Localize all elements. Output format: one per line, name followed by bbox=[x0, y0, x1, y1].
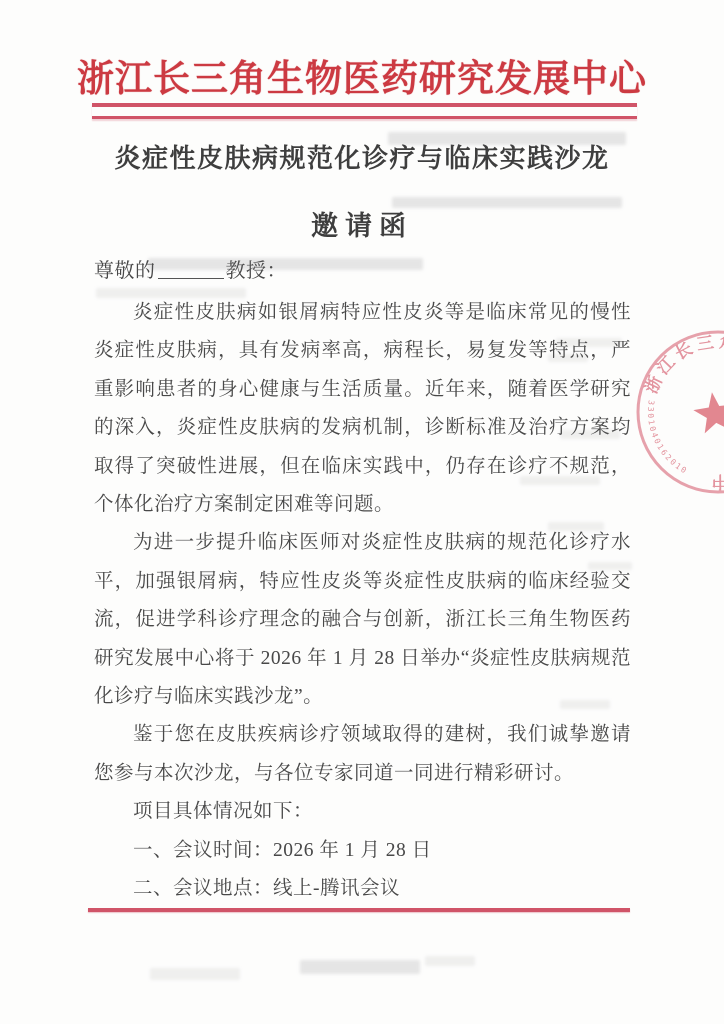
invitation-letter-page: 浙江长三角生物医药研究发展中心 炎症性皮肤病规范化诊疗与临床实践沙龙 邀请函 尊… bbox=[0, 0, 724, 1024]
paragraph-3: 鉴于您在皮肤疾病诊疗领域取得的建树，我们诚挚邀请您参与本次沙龙，与各位专家同道一… bbox=[94, 716, 631, 793]
bleedthrough-artifact bbox=[148, 258, 423, 270]
seal-arc-text: 浙江长三角生物医药研究发展中心 bbox=[636, 328, 724, 492]
paragraph-2: 为进一步提升临床医师对炎症性皮肤病的规范化诊疗水平，加强银屑病，特应性皮炎等炎症… bbox=[94, 524, 631, 716]
bleedthrough-artifact bbox=[300, 960, 420, 974]
bleedthrough-artifact bbox=[425, 956, 475, 966]
details-heading: 项目具体情况如下： bbox=[94, 793, 631, 831]
bleedthrough-artifact bbox=[392, 197, 622, 208]
seal-ring bbox=[638, 332, 724, 492]
bleedthrough-artifact bbox=[520, 476, 600, 485]
bleedthrough-artifact bbox=[96, 288, 246, 298]
letterhead-double-rule bbox=[92, 103, 637, 119]
bleedthrough-artifact bbox=[560, 700, 610, 709]
bleedthrough-artifact bbox=[548, 522, 604, 531]
bleedthrough-artifact bbox=[388, 132, 626, 145]
bleedthrough-artifact bbox=[150, 968, 240, 980]
detail-meeting-place: 二、会议地点：线上-腾讯会议 bbox=[94, 870, 631, 908]
svg-text:3301040162010: 3301040162010 bbox=[646, 400, 690, 476]
bleedthrough-artifact bbox=[588, 562, 632, 570]
official-seal: 浙江长三角生物医药研究发展中心 3301040162010 bbox=[636, 328, 724, 508]
seal-serial-number: 3301040162010 bbox=[646, 400, 690, 476]
bleedthrough-artifact bbox=[548, 354, 588, 362]
greeting-prefix: 尊敬的 bbox=[94, 260, 156, 282]
bleedthrough-artifact bbox=[556, 338, 622, 347]
letterhead-org-title: 浙江长三角生物医药研究发展中心 bbox=[0, 48, 724, 102]
seal-star-icon bbox=[691, 389, 724, 434]
bleedthrough-artifact bbox=[560, 430, 620, 439]
svg-text:浙江长三角生物医药研究发展中心: 浙江长三角生物医药研究发展中心 bbox=[636, 328, 724, 492]
document-subtitle: 邀请函 bbox=[0, 204, 724, 243]
detail-meeting-time: 一、会议时间：2026 年 1 月 28 日 bbox=[94, 832, 631, 870]
footer-rule bbox=[88, 908, 630, 912]
paragraph-1: 炎症性皮肤病如银屑病特应性皮炎等是临床常见的慢性炎症性皮肤病，具有发病率高，病程… bbox=[94, 294, 631, 524]
